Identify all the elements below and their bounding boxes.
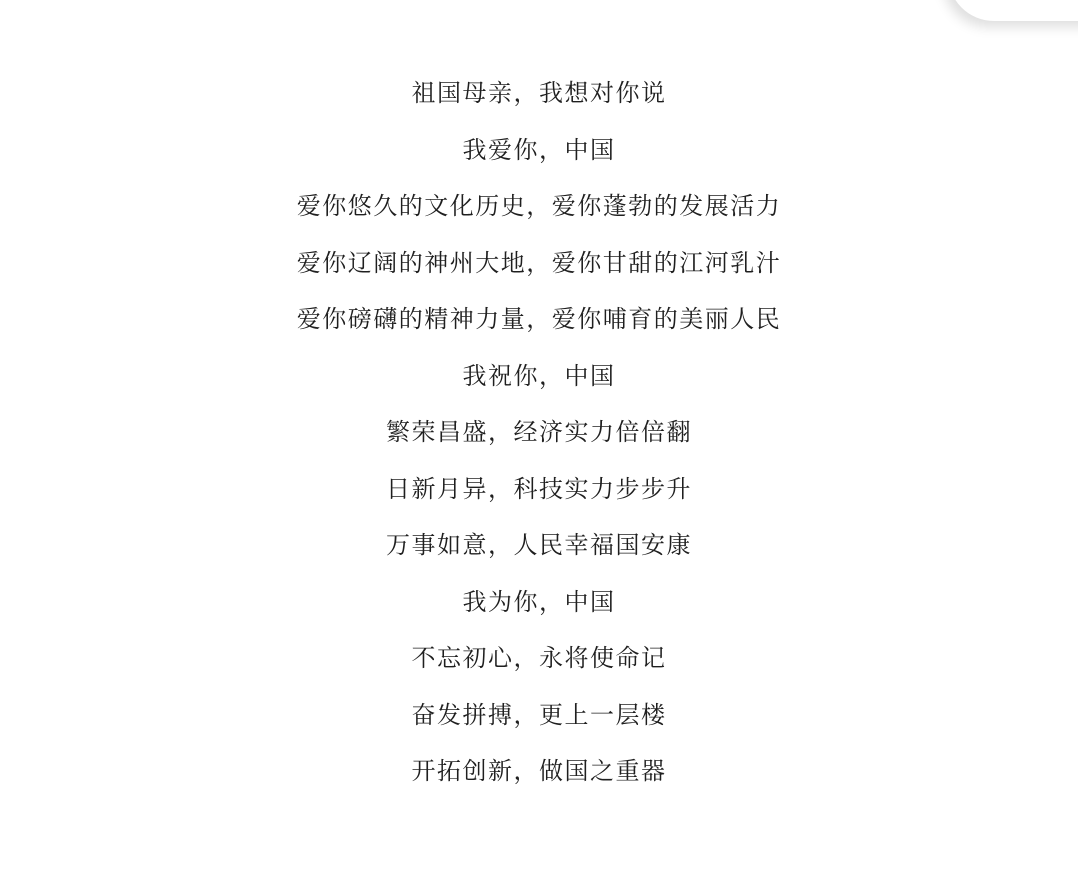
poem-line: 万事如意，人民幸福国安康 — [386, 530, 692, 562]
poem-line: 我祝你，中国 — [463, 361, 616, 393]
poem-line: 我爱你，中国 — [463, 135, 616, 167]
poem-line: 爱你辽阔的神州大地，爱你甘甜的江河乳汁 — [297, 248, 782, 280]
poem-line: 日新月异，科技实力步步升 — [386, 474, 692, 506]
poem-title: 祖国母亲，我想对你说 — [412, 78, 667, 110]
document-page: 祖国母亲，我想对你说 我爱你，中国 爱你悠久的文化历史，爱你蓬勃的发展活力 爱你… — [0, 0, 1078, 877]
poem-line: 开拓创新，做国之重器 — [412, 756, 667, 788]
poem-line: 繁荣昌盛，经济实力倍倍翻 — [386, 417, 692, 449]
poem-line: 爱你磅礴的精神力量，爱你哺育的美丽人民 — [297, 304, 782, 336]
poem-line: 我为你，中国 — [463, 587, 616, 619]
poem-text-block: 祖国母亲，我想对你说 我爱你，中国 爱你悠久的文化历史，爱你蓬勃的发展活力 爱你… — [0, 0, 1078, 788]
poem-line: 奋发拼搏，更上一层楼 — [412, 700, 667, 732]
poem-line: 不忘初心，永将使命记 — [412, 643, 667, 675]
poem-line: 爱你悠久的文化历史，爱你蓬勃的发展活力 — [297, 191, 782, 223]
